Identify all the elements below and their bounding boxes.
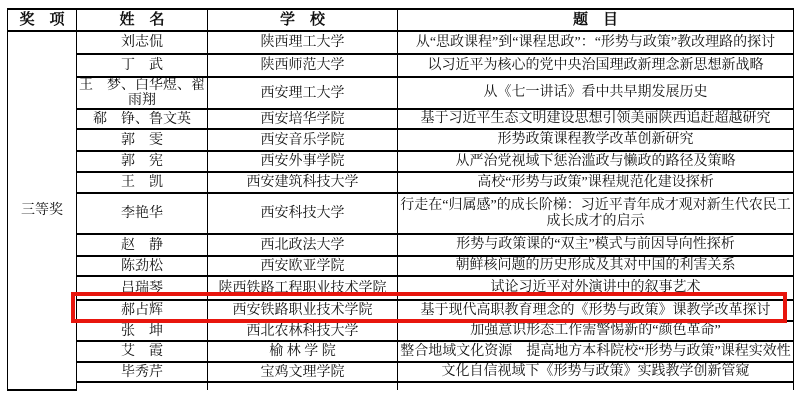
name-cell: 艾 霞 [77, 341, 208, 362]
name-cell: 丁 武 [77, 54, 208, 77]
name-cell: 吕瑞琴 [77, 276, 208, 300]
table-row: 毕秀芹 宝鸡文理学院 文化自信视域下《形势与政策》实践教学创新管窥 [8, 362, 794, 382]
title-cell: 基于现代高职教育理念的《形势与政策》课教学改革探讨 [398, 300, 794, 321]
school-cell: 陕西理工大学 [208, 31, 398, 54]
title-cell: 以习近平为核心的党中央治国理政新理念新思想新战略 [398, 54, 794, 77]
table-row: 郭 宪 西安外事学院 从严治党视域下惩治滥政与懒政的路径及策略 [8, 151, 794, 172]
school-cell: 西北政法大学 [208, 234, 398, 256]
award-table: 奖 项 姓 名 学 校 题 目 三等奖 刘志侃 陕西理工大学 从“思政课程”到“… [7, 8, 794, 391]
table-row: 王 凯 西安建筑科技大学 高校“形势与政策”课程规范化建设探析 [8, 172, 794, 193]
table-row: 郗 铮、鲁文英 西安培华学院 基于习近平生态文明建设思想引领美丽陕西追赶超越研究 [8, 109, 794, 129]
name-cell: 郝占辉 [77, 300, 208, 321]
title-cell: 高校“形势与政策”课程规范化建设探析 [398, 172, 794, 193]
name-cell: 刘志侃 [77, 31, 208, 54]
col-header-school: 学 校 [208, 9, 398, 31]
school-cell: 西安外事学院 [208, 151, 398, 172]
title-cell: 基于习近平生态文明建设思想引领美丽陕西追赶超越研究 [398, 109, 794, 129]
school-cell: 陕西铁路工程职业技术学院 [208, 276, 398, 300]
school-cell: 西安音乐学院 [208, 129, 398, 151]
title-cell: 形势与政策课的“双主”模式与前因导向性探析 [398, 234, 794, 256]
table-row-highlighted: 吕瑞琴 陕西铁路工程职业技术学院 试论习近平对外演讲中的叙事艺术 [8, 276, 794, 300]
table-row: 丁 武 陕西师范大学 以习近平为核心的党中央治国理政新理念新思想新战略 [8, 54, 794, 77]
school-cell: 宝鸡文理学院 [208, 362, 398, 382]
table-row-partial [8, 382, 794, 390]
table-row: 王 梦、白华煜、翟雨翔 西安理工大学 从《七一讲话》看中共早期发展历史 [8, 77, 794, 109]
name-cell: 张 坤 [77, 321, 208, 341]
title-cell: 行走在“归属感”的成长阶梯：习近平青年成才观对新生代农民工成长成才的启示 [398, 193, 794, 234]
name-cell: 郗 铮、鲁文英 [77, 109, 208, 129]
table-row: 赵 静 西北政法大学 形势与政策课的“双主”模式与前因导向性探析 [8, 234, 794, 256]
title-cell: 文化自信视域下《形势与政策》实践教学创新管窥 [398, 362, 794, 382]
school-cell: 西安理工大学 [208, 77, 398, 109]
name-cell [77, 382, 208, 390]
school-cell [208, 382, 398, 390]
title-cell: 从《七一讲话》看中共早期发展历史 [398, 77, 794, 109]
title-cell [398, 382, 794, 390]
name-cell: 王 凯 [77, 172, 208, 193]
title-cell: 从“思政课程”到“课程思政”：“形势与政策”教改理路的探讨 [398, 31, 794, 54]
name-cell: 陈劲松 [77, 256, 208, 276]
title-cell: 从严治党视域下惩治滥政与懒政的路径及策略 [398, 151, 794, 172]
school-cell: 西安铁路职业技术学院 [208, 300, 398, 321]
title-cell: 形势政策课程教学改革创新研究 [398, 129, 794, 151]
title-cell: 试论习近平对外演讲中的叙事艺术 [398, 276, 794, 300]
title-cell: 加强意识形态工作需警惕新的“颜色革命” [398, 321, 794, 341]
header-row: 奖 项 姓 名 学 校 题 目 [8, 9, 794, 31]
award-document-page: 奖 项 姓 名 学 校 题 目 三等奖 刘志侃 陕西理工大学 从“思政课程”到“… [0, 0, 800, 420]
school-cell: 西安科技大学 [208, 193, 398, 234]
title-cell: 整合地域文化资源 提高地方本科院校“形势与政策”课程实效性 [398, 341, 794, 362]
col-header-title: 题 目 [398, 9, 794, 31]
name-cell: 李艳华 [77, 193, 208, 234]
table-row: 郝占辉 西安铁路职业技术学院 基于现代高职教育理念的《形势与政策》课教学改革探讨 [8, 300, 794, 321]
name-cell: 郭 雯 [77, 129, 208, 151]
school-cell: 西安培华学院 [208, 109, 398, 129]
name-cell: 赵 静 [77, 234, 208, 256]
col-header-name: 姓 名 [77, 9, 208, 31]
award-label: 三等奖 [8, 31, 77, 390]
name-cell: 王 梦、白华煜、翟雨翔 [77, 77, 208, 109]
school-cell: 西北农林科技大学 [208, 321, 398, 341]
table-row: 艾 霞 榆 林 学 院 整合地域文化资源 提高地方本科院校“形势与政策”课程实效… [8, 341, 794, 362]
title-cell: 朝鲜核问题的历史形成及其对中国的利害关系 [398, 256, 794, 276]
school-cell: 西安建筑科技大学 [208, 172, 398, 193]
table-row: 郭 雯 西安音乐学院 形势政策课程教学改革创新研究 [8, 129, 794, 151]
school-cell: 陕西师范大学 [208, 54, 398, 77]
table-row: 三等奖 刘志侃 陕西理工大学 从“思政课程”到“课程思政”：“形势与政策”教改理… [8, 31, 794, 54]
table-row: 李艳华 西安科技大学 行走在“归属感”的成长阶梯：习近平青年成才观对新生代农民工… [8, 193, 794, 234]
table-row: 张 坤 西北农林科技大学 加强意识形态工作需警惕新的“颜色革命” [8, 321, 794, 341]
school-cell: 榆 林 学 院 [208, 341, 398, 362]
name-cell: 毕秀芹 [77, 362, 208, 382]
col-header-award: 奖 项 [8, 9, 77, 31]
table-row: 陈劲松 西安欧亚学院 朝鲜核问题的历史形成及其对中国的利害关系 [8, 256, 794, 276]
name-cell: 郭 宪 [77, 151, 208, 172]
school-cell: 西安欧亚学院 [208, 256, 398, 276]
